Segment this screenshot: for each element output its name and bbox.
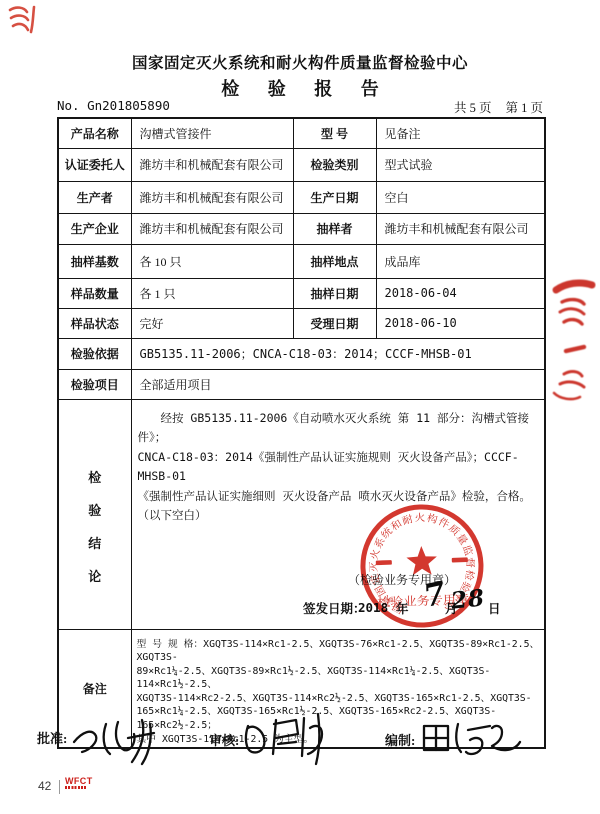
wfct-logo-subtext: [65, 786, 86, 789]
report-number: No. Gn201805890: [57, 98, 170, 113]
table-row: 认证委托人 潍坊丰和机械配套有限公司 检验类别 型式试验: [58, 148, 545, 181]
report-table: 产品名称 沟槽式管接件 型 号 见备注 认证委托人 潍坊丰和机械配套有限公司 检…: [57, 117, 546, 749]
red-stamp-fragment-topleft: [6, 3, 42, 35]
prepare-signature: [416, 714, 526, 766]
field-label: 型 号: [293, 118, 376, 148]
field-value: 成品库: [376, 244, 545, 278]
field-value: 潍坊丰和机械配套有限公司: [131, 148, 293, 181]
field-value: 潍坊丰和机械配套有限公司: [376, 213, 545, 244]
official-seal: 国家固定灭火系统和耐火构件质量监督检验中心 检验业务专用章: [348, 493, 497, 642]
seal-star: [406, 545, 437, 575]
prepare-label: 编制:: [385, 730, 415, 749]
field-label: 检验项目: [58, 369, 131, 399]
footer-page-number: 42: [38, 779, 51, 793]
table-row: 生产者 潍坊丰和机械配套有限公司 生产日期 空白: [58, 181, 545, 213]
field-value: 见备注: [376, 118, 545, 148]
inspection-report-page: 国家固定灭火系统和耐火构件质量监督检验中心 检 验 报 告 No. Gn2018…: [0, 0, 600, 814]
conclusion-label: 检 验 结 论: [58, 399, 131, 629]
field-label: 检验类别: [293, 148, 376, 181]
field-value: 各 10 只: [131, 244, 293, 278]
field-value: 2018-06-04: [376, 278, 545, 308]
field-value: 型式试验: [376, 148, 545, 181]
field-label: 受理日期: [293, 308, 376, 338]
field-value: 各 1 只: [131, 278, 293, 308]
table-row: 生产企业 潍坊丰和机械配套有限公司 抽样者 潍坊丰和机械配套有限公司: [58, 213, 545, 244]
field-label: 样品数量: [58, 278, 131, 308]
table-row-basis: 检验依据 GB5135.11-2006；CNCA-C18-03：2014；CCC…: [58, 338, 545, 369]
review-signature: [238, 710, 338, 772]
page-info: 共 5 页 第 1 页: [454, 98, 543, 116]
page-total: 共 5 页: [454, 98, 492, 116]
field-value: 空白: [376, 181, 545, 213]
field-value: GB5135.11-2006；CNCA-C18-03：2014；CCCF-MHS…: [131, 338, 545, 369]
table-row: 产品名称 沟槽式管接件 型 号 见备注: [58, 118, 545, 148]
field-value: 沟槽式管接件: [131, 118, 293, 148]
page-current: 第 1 页: [505, 98, 543, 116]
table-row: 抽样基数 各 10 只 抽样地点 成品库: [58, 244, 545, 278]
field-value: 潍坊丰和机械配套有限公司: [131, 181, 293, 213]
review-label: 审核:: [209, 730, 239, 749]
wfct-logo-text: WFCT: [65, 777, 93, 785]
field-value: 2018-06-10: [376, 308, 545, 338]
field-value: 潍坊丰和机械配套有限公司: [131, 213, 293, 244]
handwritten-day: 28: [450, 584, 487, 614]
approve-label: 批准:: [37, 728, 67, 747]
wfct-logo: WFCT: [65, 777, 93, 789]
field-value: 完好: [131, 308, 293, 338]
red-stamp-fragment-right: [548, 274, 600, 402]
table-row-items: 检验项目 全部适用项目: [58, 369, 545, 399]
field-label: 样品状态: [58, 308, 131, 338]
table-row: 样品数量 各 1 只 抽样日期 2018-06-04: [58, 278, 545, 308]
field-label: 检验依据: [58, 338, 131, 369]
field-label: 抽样者: [293, 213, 376, 244]
field-label: 产品名称: [58, 118, 131, 148]
organization-title: 国家固定灭火系统和耐火构件质量监督检验中心: [0, 51, 600, 73]
field-label: 抽样地点: [293, 244, 376, 278]
field-label: 生产者: [58, 181, 131, 213]
field-label: 认证委托人: [58, 148, 131, 181]
field-value: 全部适用项目: [131, 369, 545, 399]
field-label: 生产日期: [293, 181, 376, 213]
table-row: 样品状态 完好 受理日期 2018-06-10: [58, 308, 545, 338]
approve-signature: [68, 712, 173, 770]
field-label: 抽样日期: [293, 278, 376, 308]
footer-divider: [59, 780, 60, 794]
field-label: 抽样基数: [58, 244, 131, 278]
field-label: 生产企业: [58, 213, 131, 244]
